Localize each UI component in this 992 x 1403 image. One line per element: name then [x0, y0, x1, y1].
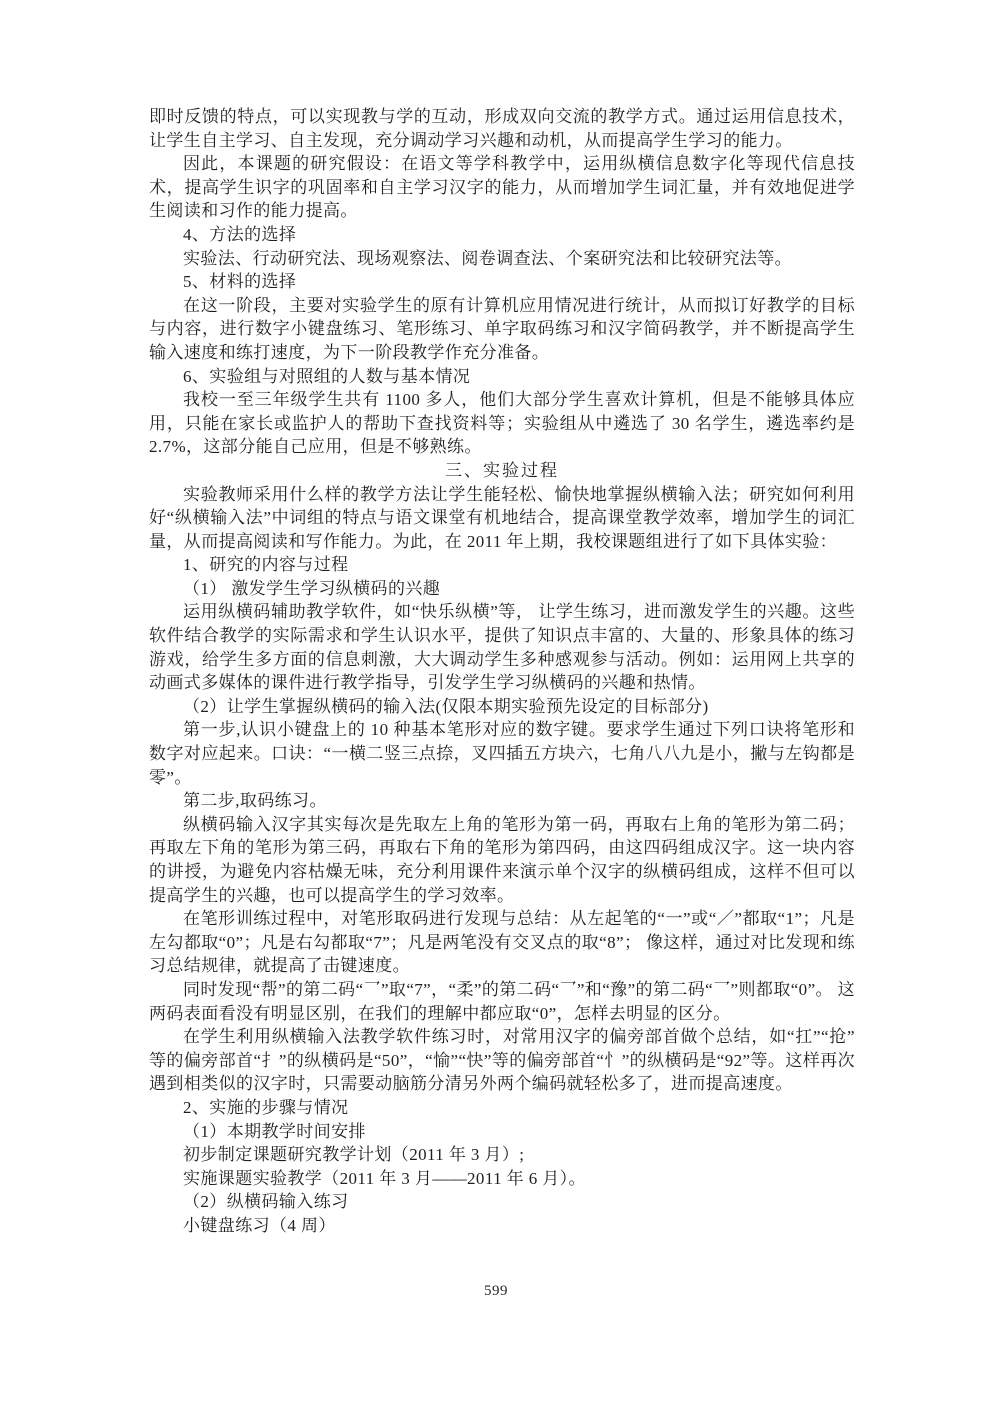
- document-page: 即时反馈的特点，可以实现教与学的互动，形成双向交流的教学方式。通过运用信息技术，…: [0, 0, 992, 1403]
- list-item-heading: （2）纵横码输入练习: [149, 1190, 855, 1214]
- paragraph: 纵横码输入汉字其实每次是先取左上角的笔形为第一码，再取右上角的笔形为第二码；再取…: [149, 813, 855, 907]
- paragraph: 第一步,认识小键盘上的 10 种基本笔形对应的数字键。要求学生通过下列口诀将笔形…: [149, 718, 855, 789]
- paragraph: 实施课题实验教学（2011 年 3 月——2011 年 6 月）。: [149, 1167, 855, 1191]
- list-item-heading: 2、实施的步骤与情况: [149, 1096, 855, 1120]
- paragraph: 在学生利用纵横输入法教学软件练习时，对常用汉字的偏旁部首做个总结，如“扛”“抢”…: [149, 1025, 855, 1096]
- list-item-heading: 6、实验组与对照组的人数与基本情况: [149, 365, 855, 389]
- list-item-heading: （1） 激发学生学习纵横码的兴趣: [149, 577, 855, 601]
- paragraph: 小键盘练习（4 周）: [149, 1214, 855, 1238]
- paragraph: 实验教师采用什么样的教学方法让学生能轻松、愉快地掌握纵横输入法；研究如何利用好“…: [149, 483, 855, 554]
- list-item-heading: （2）让学生掌握纵横码的输入法(仅限本期实验预先设定的目标部分): [149, 695, 855, 719]
- list-item-heading: 5、材料的选择: [149, 270, 855, 294]
- section-heading: 三、实验过程: [149, 459, 855, 483]
- paragraph: 我校一至三年级学生共有 1100 多人，他们大部分学生喜欢计算机，但是不能够具体…: [149, 388, 855, 459]
- paragraph: 因此，本课题的研究假设：在语文等学科教学中，运用纵横信息数字化等现代信息技术，提…: [149, 152, 855, 223]
- paragraph: 在这一阶段，主要对实验学生的原有计算机应用情况进行统计，从而拟订好教学的目标与内…: [149, 294, 855, 365]
- list-item-heading: 4、方法的选择: [149, 223, 855, 247]
- paragraph: 实验法、行动研究法、现场观察法、阅卷调查法、个案研究法和比较研究法等。: [149, 247, 855, 271]
- paragraph: 初步制定课题研究教学计划（2011 年 3 月）;: [149, 1143, 855, 1167]
- paragraph: 即时反馈的特点，可以实现教与学的互动，形成双向交流的教学方式。通过运用信息技术，…: [149, 105, 855, 152]
- list-item-heading: （1）本期教学时间安排: [149, 1120, 855, 1144]
- paragraph: 运用纵横码辅助教学软件，如“快乐纵横”等， 让学生练习，进而激发学生的兴趣。这些…: [149, 600, 855, 694]
- paragraph: 同时发现“帮”的第二码“乛”取“7”，“柔”的第二码“乛”和“豫”的第二码“乛”…: [149, 978, 855, 1025]
- paragraph: 第二步,取码练习。: [149, 789, 855, 813]
- paragraph: 在笔形训练过程中，对笔形取码进行发现与总结：从左起笔的“一”或“／”都取“1”；…: [149, 907, 855, 978]
- list-item-heading: 1、研究的内容与过程: [149, 553, 855, 577]
- document-body: 即时反馈的特点，可以实现教与学的互动，形成双向交流的教学方式。通过运用信息技术，…: [149, 105, 855, 1238]
- page-number: 599: [0, 1283, 992, 1300]
